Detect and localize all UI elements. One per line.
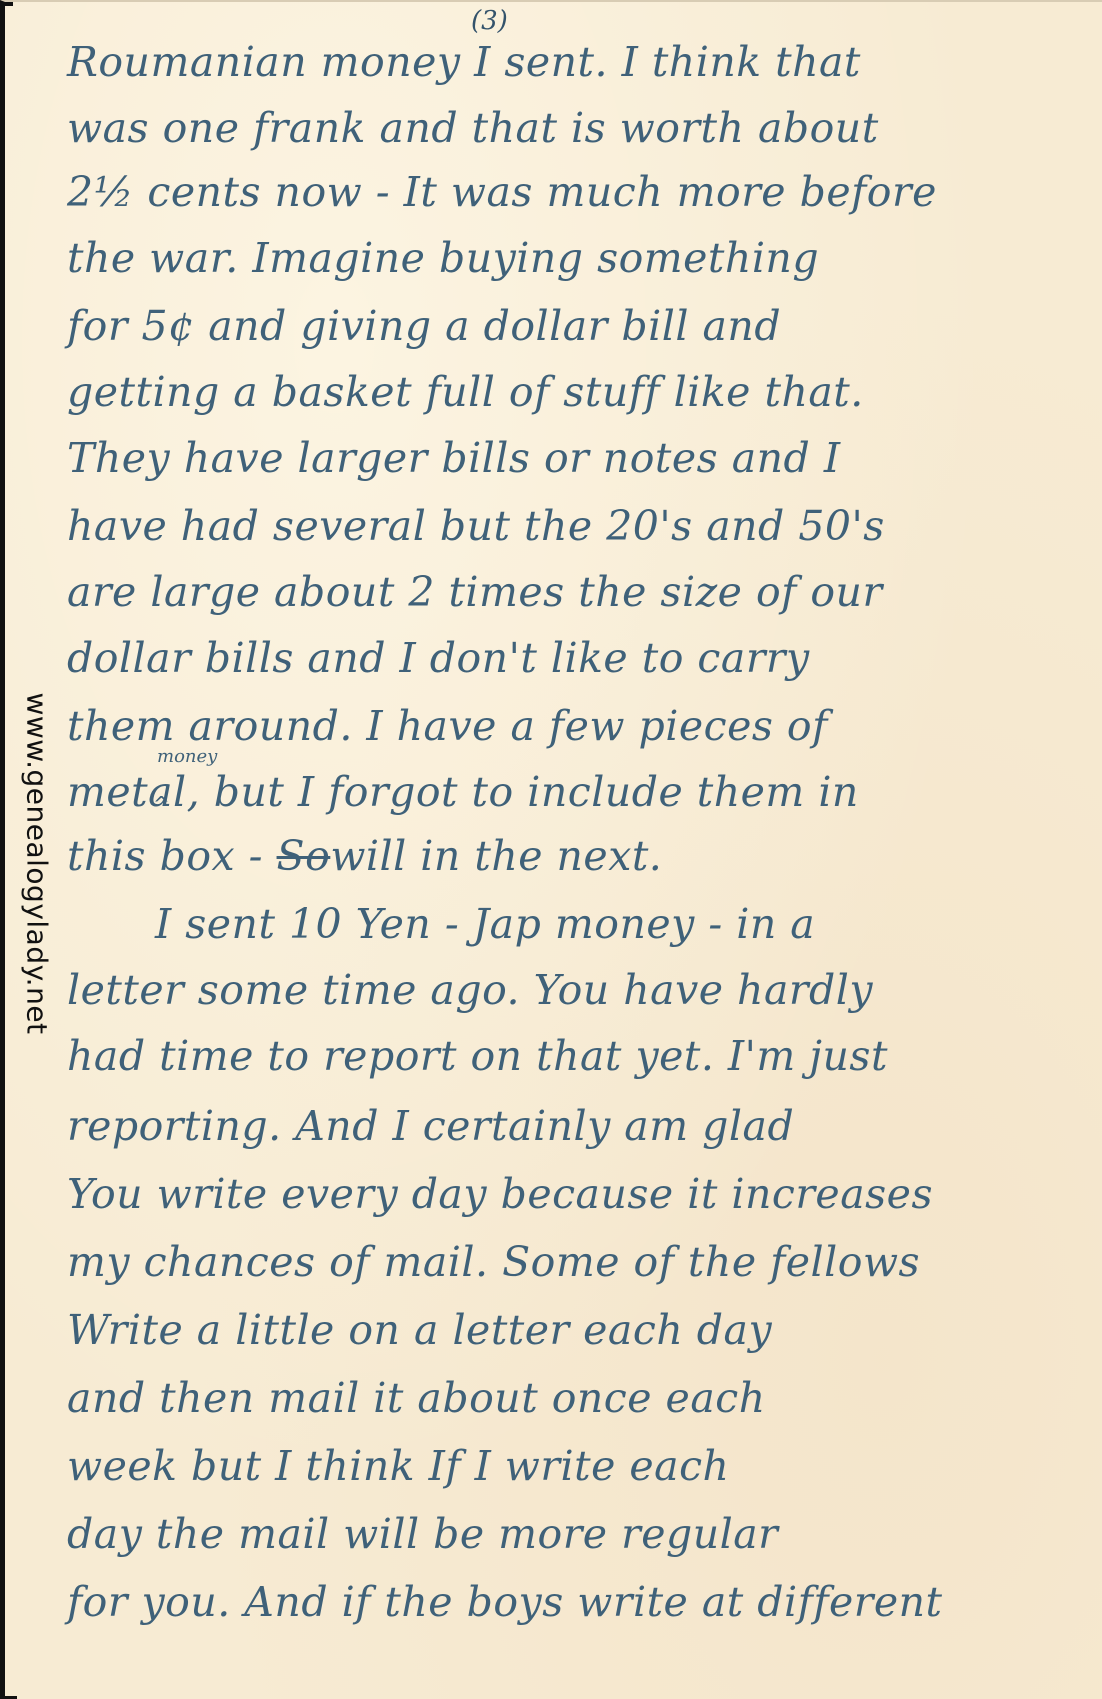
letter-line: dollar bills and I don't like to carry bbox=[67, 634, 810, 682]
letter-line: You write every day because it increases bbox=[67, 1170, 933, 1218]
letter-line: They have larger bills or notes and I bbox=[67, 434, 841, 482]
page-number: (3) bbox=[471, 6, 508, 36]
letter-line-start: this box - bbox=[67, 832, 277, 880]
letter-line: this box - Sowill in the next. bbox=[67, 832, 662, 880]
letter-line: them around. I have a few pieces of bbox=[67, 702, 828, 750]
letter-line: day the mail will be more regular bbox=[67, 1510, 778, 1558]
scan-edge-mark bbox=[5, 2, 13, 6]
letter-line: the war. Imagine buying something bbox=[67, 234, 819, 282]
letter-line: was one frank and that is worth about bbox=[67, 104, 879, 152]
letter-line: week but I think If I write each bbox=[67, 1442, 729, 1490]
letter-line: for 5¢ and giving a dollar bill and bbox=[67, 302, 781, 350]
inserted-word: money bbox=[157, 746, 217, 767]
letter-line: have had several but the 20's and 50's bbox=[67, 502, 885, 550]
letter-line: letter some time ago. You have hardly bbox=[67, 966, 873, 1014]
letter-line: getting a basket full of stuff like that… bbox=[67, 368, 864, 416]
letter-line: and then mail it about once each bbox=[67, 1374, 766, 1422]
letter-line: I sent 10 Yen - Jap money - in a bbox=[155, 900, 815, 948]
letter-page: (3) www.genealogylady.net Roumanian mone… bbox=[0, 0, 1102, 1699]
struck-word: So bbox=[277, 832, 331, 880]
letter-line: are large about 2 times the size of our bbox=[67, 568, 883, 616]
letter-line: Roumanian money I sent. I think that bbox=[67, 38, 861, 86]
letter-line: reporting. And I certainly am glad bbox=[67, 1102, 794, 1150]
letter-line: my chances of mail. Some of the fellows bbox=[67, 1238, 920, 1286]
watermark: www.genealogylady.net bbox=[17, 678, 57, 1048]
letter-line-end: will in the next. bbox=[330, 832, 662, 880]
letter-line: metal, but I forgot to include them in bbox=[67, 768, 859, 816]
letter-line: Write a little on a letter each day bbox=[67, 1306, 772, 1354]
watermark-text: www.genealogylady.net bbox=[21, 692, 54, 1034]
letter-line: had time to report on that yet. I'm just bbox=[67, 1032, 888, 1080]
letter-line: for you. And if the boys write at differ… bbox=[67, 1578, 943, 1626]
letter-line: 2½ cents now - It was much more before bbox=[67, 168, 937, 216]
